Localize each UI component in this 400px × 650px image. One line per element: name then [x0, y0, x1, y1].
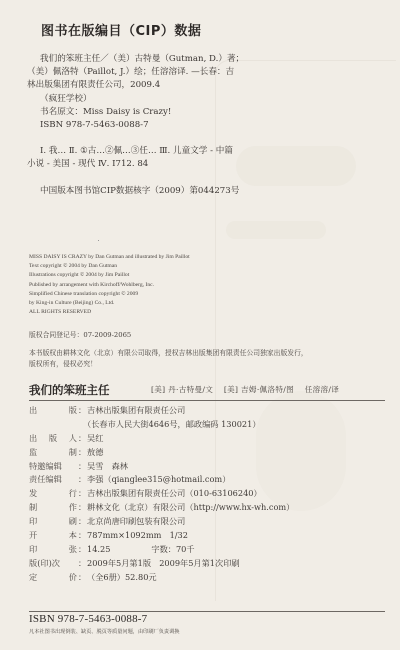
label-char: 价 [69, 571, 77, 585]
isbn: ISBN 978-7-5463-0088-7 [29, 613, 147, 625]
info-label: 开本 [29, 529, 78, 543]
label-char: 行 [69, 487, 77, 501]
label-char: 发 [29, 487, 37, 501]
info-value: 吴雪 森林 [87, 460, 389, 474]
label-char: 定 [29, 571, 37, 585]
info-row: 印刷：北京尚唐印刷包装有限公司 [29, 515, 389, 529]
info-value: 787mm×1092mm 1/32 [87, 529, 389, 543]
book-title: 我们的笨班主任 [29, 382, 110, 398]
info-label: 特邀编辑 [29, 460, 78, 474]
info-value: 耕林文化（北京）有限公司（http://www.hx-wh.com） [87, 501, 389, 515]
cip-classification: 小说 - 美国 - 现代 Ⅳ. I712. 84 [27, 158, 257, 171]
label-char: 版 [49, 432, 57, 446]
label-char: 版(印)次 [29, 557, 60, 571]
cip-heading: 图书在版编目（CIP）数据 [41, 20, 201, 39]
info-row: （长春市人民大街4646号，邮政编码 130021） [29, 418, 389, 432]
info-row: 出版人：吴红 [29, 432, 389, 446]
info-label: 印刷 [29, 515, 78, 529]
translator-credit: 任溶溶/译 [305, 385, 339, 394]
info-row: 监制：敖德 [29, 446, 389, 460]
info-value: 敖德 [87, 446, 389, 460]
info-label: 责任编辑 [29, 473, 78, 487]
info-label: 监制 [29, 446, 78, 460]
author-credit: [美] 丹·古特曼/文 [151, 385, 213, 394]
info-value: 李强（qianglee315@hotmail.com） [87, 473, 389, 487]
label-char: 开 [29, 529, 37, 543]
copyright-line: MISS DAISY IS CRAZY by Dan Gutman and il… [29, 253, 190, 262]
label-char: 出 [29, 432, 37, 446]
cip-series: （疯狂学校） [27, 93, 257, 106]
info-value: （长春市人民大街4646号，邮政编码 130021） [29, 418, 389, 432]
label-colon: ： [78, 460, 87, 474]
info-row: 印张：14.25 字数：70千 [29, 543, 389, 557]
cip-record: 我们的笨班主任／（美）古特曼（Gutman, D.）著； （美）佩洛特（Pail… [27, 53, 257, 198]
copyright-line: Illustrations copyright © 2004 by Jim Pa… [29, 271, 190, 280]
label-char: 监 [29, 446, 37, 460]
label-char: 出 [29, 404, 37, 418]
label-colon: ： [78, 487, 87, 501]
cip-isbn: ISBN 978-7-5463-0088-7 [27, 119, 257, 132]
info-row: 发行：吉林出版集团有限责任公司（010-63106240） [29, 487, 389, 501]
label-char: 特邀编辑 [29, 460, 62, 474]
label-char: 张 [69, 543, 77, 557]
info-label: 发行 [29, 487, 78, 501]
copyright-line: Text copyright © 2004 by Dan Gutman [29, 262, 190, 271]
info-label: 定价 [29, 571, 78, 585]
info-value: 吴红 [87, 432, 389, 446]
info-row: 版(印)次：2009年5月第1版 2009年5月第1次印刷 [29, 557, 389, 571]
copyright-line: Simplified Chinese translation copyright… [29, 290, 190, 299]
label-colon: ： [78, 432, 87, 446]
info-value: 北京尚唐印刷包装有限公司 [87, 515, 389, 529]
label-char: 版 [69, 404, 77, 418]
contract-registration: 版权合同登记号：07-2009-2065 [29, 329, 131, 339]
cip-line: （美）佩洛特（Paillot, J.）绘；任溶溶译. —长春：吉 [27, 66, 257, 79]
label-colon: ： [78, 501, 87, 515]
label-char: 人 [69, 432, 77, 446]
info-label: 出版人 [29, 432, 78, 446]
info-value: 吉林出版集团有限责任公司 [87, 404, 389, 418]
cip-verification: 中国版本图书馆CIP数据核字（2009）第044273号 [27, 185, 257, 198]
english-copyright: MISS DAISY IS CRAZY by Dan Gutman and il… [29, 253, 190, 317]
label-char: 制 [69, 446, 77, 460]
book-credits: [美] 丹·古特曼/文 [美] 吉姆·佩洛特/图 任溶溶/译 [151, 384, 347, 395]
title-divider [29, 400, 385, 401]
label-char: 制 [29, 501, 37, 515]
speck [98, 240, 99, 241]
label-colon: ： [78, 571, 87, 585]
info-row: 定价：（全6册）52.80元 [29, 571, 389, 585]
label-char: 作 [69, 501, 77, 515]
label-colon: ： [78, 543, 87, 557]
label-char: 刷 [69, 515, 77, 529]
illustrator-credit: [美] 吉姆·佩洛特/图 [224, 385, 294, 394]
info-value: 14.25 字数：70千 [87, 543, 389, 557]
info-row: 制作：耕林文化（北京）有限公司（http://www.hx-wh.com） [29, 501, 389, 515]
label-colon: ： [78, 473, 87, 487]
info-value: （全6册）52.80元 [87, 571, 389, 585]
label-colon: ： [78, 515, 87, 529]
copyright-line: ALL RIGHTS RESERVED [29, 308, 190, 317]
cip-line: 林出版集团有限责任公司，2009.4 [27, 79, 257, 92]
label-colon: ： [78, 446, 87, 460]
cip-line: 我们的笨班主任／（美）古特曼（Gutman, D.）著； [27, 53, 257, 66]
info-label: 制作 [29, 501, 78, 515]
label-colon: ： [78, 557, 87, 571]
label-char: 本 [69, 529, 77, 543]
info-row: 责任编辑：李强（qianglee315@hotmail.com） [29, 473, 389, 487]
label-char: 印 [29, 515, 37, 529]
rights-line: 版权所有，侵权必究！ [29, 359, 308, 370]
label-colon: ： [78, 404, 87, 418]
rights-notice: 本书版权由耕林文化（北京）有限公司取得，授权吉林出版集团有限责任公司独家出版发行… [29, 348, 308, 370]
info-label: 版(印)次 [29, 557, 78, 571]
isbn-divider [29, 611, 385, 612]
copyright-page: 图书在版编目（CIP）数据 我们的笨班主任／（美）古特曼（Gutman, D.）… [0, 0, 400, 650]
info-label: 出版 [29, 404, 78, 418]
info-label: 印张 [29, 543, 78, 557]
cip-classification: Ⅰ. 我… Ⅱ. ①古…②佩…③任… Ⅲ. 儿童文学 - 中篇 [27, 145, 257, 158]
info-row: 出版：吉林出版集团有限责任公司 [29, 404, 389, 418]
label-char: 印 [29, 543, 37, 557]
copyright-line: Published by arrangement with Kirchoff/W… [29, 281, 190, 290]
info-value: 吉林出版集团有限责任公司（010-63106240） [87, 487, 389, 501]
quality-notice: 凡本社图书出现倒装、缺页、脱页等质量问题，由印刷厂负责调换 [29, 628, 179, 635]
copyright-line: by King-in Culture (Beijing) Co., Ltd. [29, 299, 190, 308]
label-colon: ： [78, 529, 87, 543]
info-row: 特邀编辑：吴雪 森林 [29, 460, 389, 474]
rights-line: 本书版权由耕林文化（北京）有限公司取得，授权吉林出版集团有限责任公司独家出版发行… [29, 348, 308, 359]
label-char: 责任编辑 [29, 473, 62, 487]
cip-original-title: 书名原文：Miss Daisy is Crazy! [27, 106, 257, 119]
info-value: 2009年5月第1版 2009年5月第1次印刷 [87, 557, 389, 571]
info-row: 开本：787mm×1092mm 1/32 [29, 529, 389, 543]
publication-info: 出版：吉林出版集团有限责任公司（长春市人民大街4646号，邮政编码 130021… [29, 404, 389, 585]
